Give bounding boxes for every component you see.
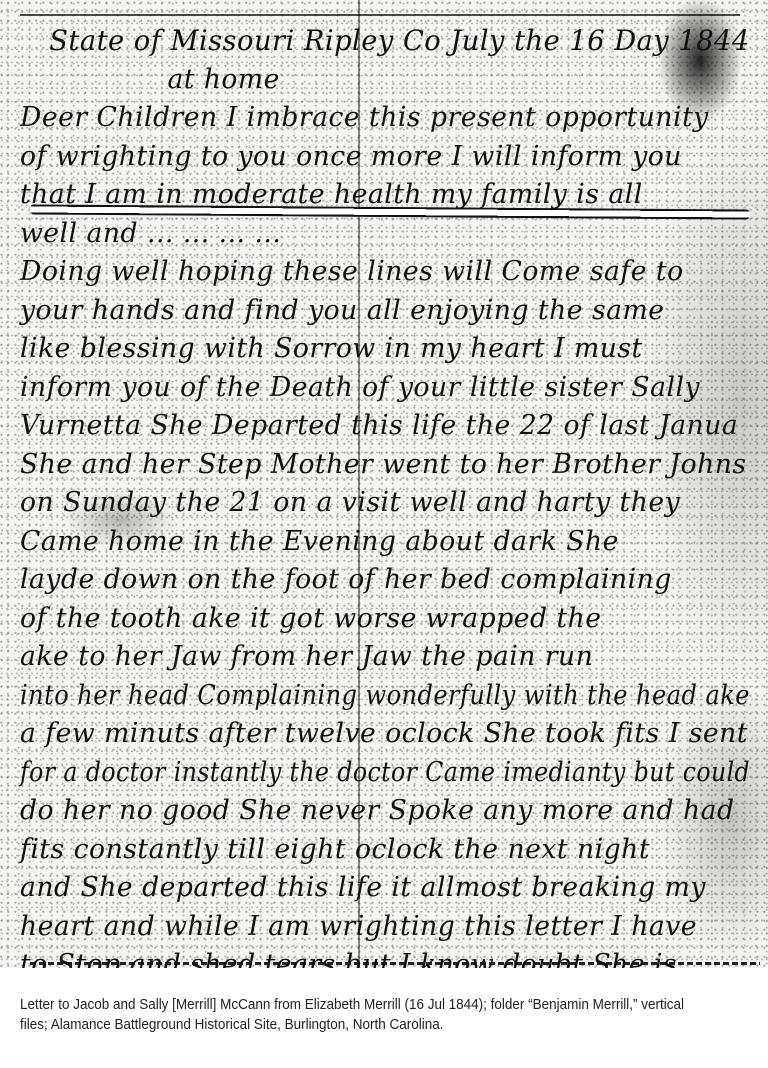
letter-line: well and ... ... ... ...: [20, 215, 750, 254]
letter-line: Came home in the Evening about dark She: [20, 523, 750, 562]
letter-line: of the tooth ake it got worse wrapped th…: [20, 600, 750, 639]
image-caption: Letter to Jacob and Sally [Merrill] McCa…: [20, 995, 699, 1035]
letter-line: Doing well hoping these lines will Come …: [20, 253, 750, 292]
letter-scan: State of Missouri Ripley Co July the 16 …: [0, 0, 768, 968]
letter-line: like blessing with Sorrow in my heart I …: [20, 330, 750, 369]
top-edge-rule: [20, 14, 740, 16]
letter-line: on Sunday the 21 on a visit well and har…: [20, 484, 750, 523]
letter-line: layde down on the foot of her bed compla…: [20, 561, 750, 600]
handwritten-letter: State of Missouri Ripley Co July the 16 …: [20, 22, 760, 968]
letter-line: a few minuts after twelve oclock She too…: [20, 715, 750, 754]
letter-line: She and her Step Mother went to her Brot…: [20, 446, 750, 485]
letter-heading: State of Missouri Ripley Co July the 16 …: [20, 22, 741, 61]
letter-line: fits constantly till eight oclock the ne…: [20, 831, 750, 870]
letter-line: inform you of the Death of your little s…: [20, 369, 750, 408]
letter-line: heart and while I am wrighting this lett…: [20, 908, 750, 947]
letter-line: into her head Complaining wonderfully wi…: [20, 677, 680, 716]
letter-line: to Stop and shed tears but I know doubt …: [20, 946, 750, 968]
letter-location: at home: [20, 61, 747, 100]
letter-line: of wrighting to you once more I will inf…: [20, 138, 750, 177]
letter-line: and She departed this life it allmost br…: [20, 869, 750, 908]
letter-line: Deer Children I imbrace this present opp…: [20, 99, 750, 138]
letter-line: your hands and find you all enjoying the…: [20, 292, 750, 331]
letter-line: Vurnetta She Departed this life the 22 o…: [20, 407, 750, 446]
letter-line: ake to her Jaw from her Jaw the pain run: [20, 638, 750, 677]
letter-line: for a doctor instantly the doctor Came i…: [20, 754, 666, 793]
letter-line: do her no good She never Spoke any more …: [20, 792, 750, 831]
letter-line: that I am in moderate health my family i…: [20, 176, 750, 215]
